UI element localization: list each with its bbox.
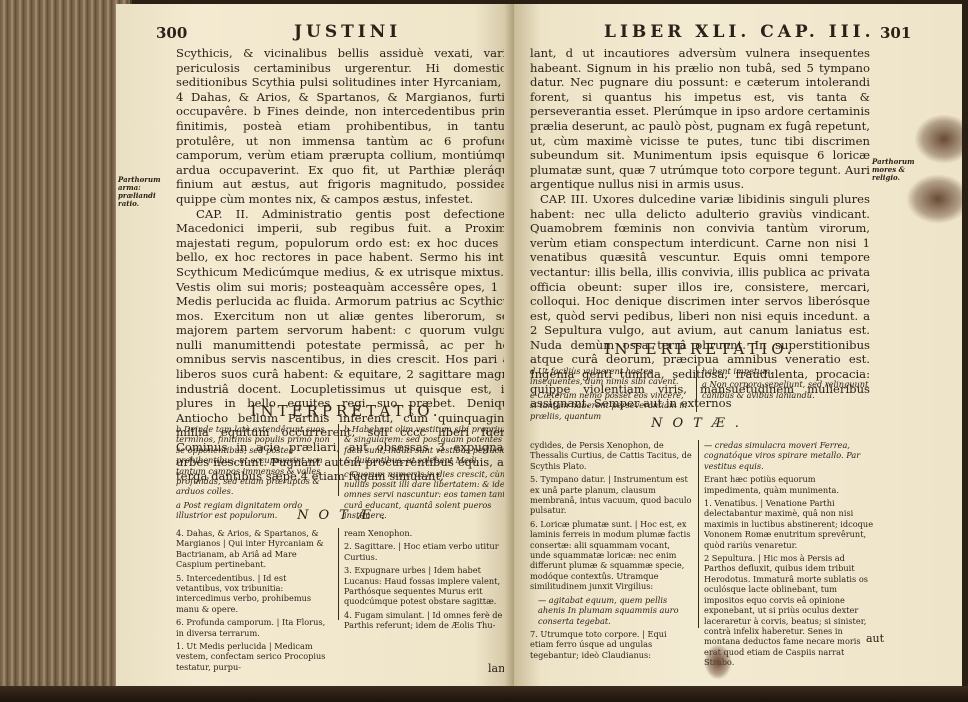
note: 3. Expugnare urbes | Idem habet Lucanus:… (344, 565, 514, 607)
paragraph-cap1-end: Scythicis, & vicinalibus bellis assiduè … (176, 46, 514, 207)
note: 4. Dahas, & Arios, & Spartanos, & Margia… (176, 528, 334, 570)
verse-quote: — agitabat equum, quem pellis ahenis In … (530, 595, 692, 626)
margin-note: Parthorum mores & religio. (872, 158, 922, 182)
book-bottom-edge (0, 686, 968, 702)
page-number: 300 (156, 24, 187, 42)
note: 2. Sagittare. | Hoc etiam verbo utitur C… (344, 541, 514, 562)
interpretatio-col-2: habent impetum. a Non corpora sepeliunt,… (702, 366, 872, 403)
margin-note: Parthorum arma: præliandi ratio. (118, 176, 174, 208)
page-number: 301 (880, 24, 911, 42)
note: 7. Utrumque toto corpore. | Equi etiam f… (530, 629, 692, 660)
gloss: habent impetum. (702, 366, 872, 376)
note: 1. Ut Medis perlucida | Medicam vestem, … (176, 641, 334, 672)
note: cydides, de Persis Xenophon, de Thessali… (530, 440, 692, 471)
gloss: b Deinde tam latè extendêrunt suos termi… (176, 424, 334, 497)
notae-col-2: — credas simulacra moveri Ferrea, cognat… (704, 440, 874, 671)
paragraph-cap2-end: lant, d ut incautiores adversùm vulnera … (530, 46, 870, 192)
verse-quote: — credas simulacra moveri Ferrea, cognat… (704, 440, 874, 471)
gloss: b Habebant olim vestitum sibi proprium &… (344, 424, 514, 466)
note: 4. Fugam simulant. | Id omnes ferè de Pa… (344, 610, 514, 631)
column-divider (698, 440, 699, 628)
gloss: d Ut faciliùs vulnerent hostes insequent… (530, 366, 690, 387)
catchword: aut (866, 632, 884, 645)
note: 1. Venatibus. | Venatione Parthi delecta… (704, 498, 874, 550)
column-divider (696, 366, 697, 412)
note: 6. Profunda camporum. | Ita Florus, in d… (176, 617, 334, 638)
column-divider (338, 528, 339, 620)
running-head: JUSTINI (294, 22, 401, 42)
running-head: LIBER XLI. CAP. III. (604, 22, 875, 42)
notae-title: NOTÆ. (176, 508, 514, 523)
book-fore-edge (0, 0, 132, 702)
note: ream Xenophon. (344, 528, 514, 538)
left-page: 300 JUSTINI Scythicis, & vicinalibus bel… (116, 4, 514, 686)
gloss: a Non corpora sepeliunt, sed relinquunt … (702, 379, 872, 400)
interpretatio-title: INTERPRETATIO. (176, 402, 514, 420)
right-page: 301 LIBER XLI. CAP. III. lant, d ut inca… (514, 4, 962, 686)
page-stain (914, 114, 962, 164)
notae-col-1: cydides, de Persis Xenophon, de Thessali… (530, 440, 692, 663)
notae-col-1: 4. Dahas, & Arios, & Spartanos, & Margia… (176, 528, 334, 675)
notae-col-2: ream Xenophon. 2. Sagittare. | Hoc etiam… (344, 528, 514, 634)
note: 5. Intercedentibus. | Id est vetantibus,… (176, 573, 334, 615)
page-stain (704, 644, 732, 680)
note: 2 Sepultura. | Hic mos à Persis ad Parth… (704, 553, 874, 667)
note: Erant hæc potiùs equorum impedimenta, qu… (704, 474, 874, 495)
note: 6. Loricæ plumatæ sunt. | Hoc est, ex la… (530, 519, 692, 592)
interpretatio-title: INTERPRETATIO. (530, 340, 870, 358)
note: 5. Tympano datur. | Instrumentum est ex … (530, 474, 692, 516)
page-stain (906, 174, 962, 224)
notae-title: NOTÆ. (530, 416, 870, 431)
column-divider (338, 424, 339, 496)
